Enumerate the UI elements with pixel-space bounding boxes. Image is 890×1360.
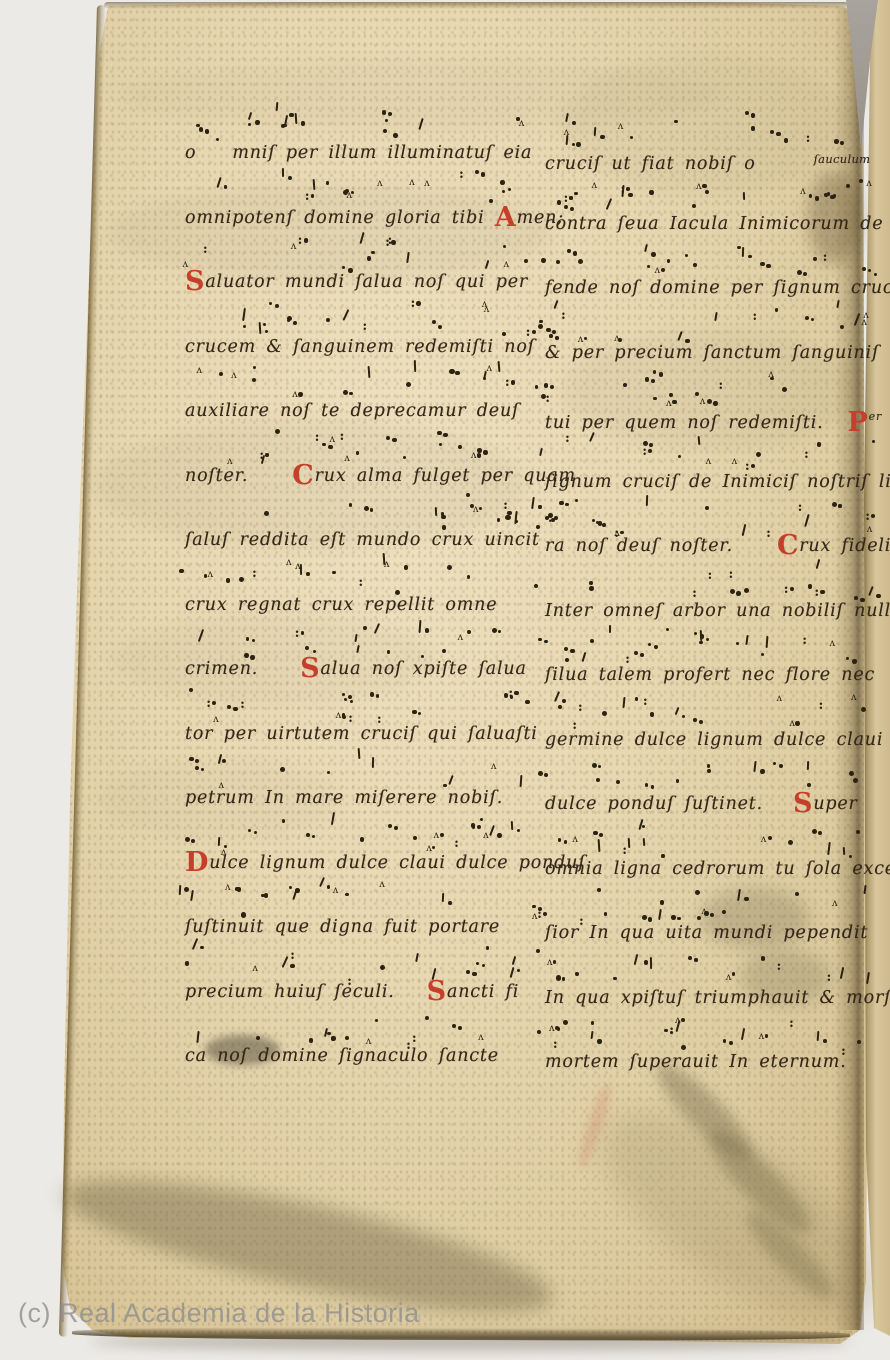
copyright-watermark: (c) Real Academia de la Historia — [18, 1298, 420, 1329]
neume-mark — [283, 124, 286, 127]
neume-mark — [736, 591, 741, 596]
neume-mark: : — [259, 451, 264, 461]
neume-mark — [489, 199, 493, 203]
neume-mark — [290, 964, 295, 969]
neume-band: ʌʌ — [177, 750, 561, 790]
chant-text: ſignum cruciſ de Inimiciſ noſtriſ libe — [545, 472, 890, 492]
neume-mark — [382, 110, 387, 115]
text-overlay: ʌomniſ per illum illuminatuſ eiaʌʌ:ʌʌ:om… — [0, 0, 890, 1360]
neume-mark: : — [718, 381, 723, 391]
neume-mark: ʌ — [473, 505, 479, 514]
neume-mark — [645, 377, 649, 381]
neume-mark — [269, 302, 272, 305]
neume-mark — [524, 259, 528, 263]
neume-mark — [765, 1034, 769, 1038]
neume-mark — [751, 113, 756, 118]
neume-mark — [199, 127, 203, 131]
text-line: noſter.Crux alma fulget per quam — [185, 465, 576, 489]
chant-text: ſior In qua uita mundi pependit — [545, 923, 868, 943]
neume-band: :ʌ::ʌ — [177, 299, 561, 339]
neume-mark: ʌ — [377, 179, 383, 188]
neume-mark — [811, 318, 814, 321]
neume-mark — [856, 830, 860, 834]
neume-mark — [574, 192, 577, 195]
neume-band: ʌʌ:ʌʌ — [177, 363, 561, 403]
neume-mark: ʌ — [867, 525, 873, 534]
neume-mark — [363, 626, 367, 630]
chant-text: dulce ponduſ ſuſtinet. — [545, 794, 763, 814]
neume-mark — [331, 812, 335, 825]
neume-mark — [688, 956, 692, 960]
neume-mark — [497, 518, 501, 522]
neume-mark — [477, 448, 482, 453]
neume-mark — [697, 916, 701, 920]
neume-mark — [650, 957, 652, 969]
text-line: ſaluſ reddita eſt mundo crux uincit — [185, 529, 540, 553]
neume-mark — [741, 1028, 745, 1041]
neume-mark — [658, 909, 662, 920]
neume-mark — [191, 839, 195, 843]
neume-mark — [319, 877, 325, 887]
neume-mark: ʌ — [618, 122, 624, 131]
neume-mark — [555, 336, 559, 340]
neume-mark — [565, 503, 568, 506]
chant-text: petrum In mare miſerere nobiſ. — [185, 788, 503, 808]
text-line: fende noſ domine per ſignum cruciſ — [545, 277, 890, 301]
neume-mark — [779, 764, 783, 768]
neume-mark — [275, 429, 280, 434]
neume-mark — [255, 120, 260, 125]
neume-mark: ʌ — [491, 762, 497, 771]
neume-mark: : — [298, 236, 303, 246]
neume-mark — [866, 971, 870, 983]
neume-mark: : — [295, 629, 300, 639]
neume-mark — [558, 705, 562, 709]
neume-mark — [343, 390, 348, 395]
chant-text: tui per quem noſ redemiſti. — [545, 413, 824, 433]
neume-mark — [288, 176, 292, 180]
neume-mark — [628, 838, 631, 848]
neume-mark — [289, 113, 293, 117]
neume-mark — [598, 521, 603, 526]
neume-mark — [359, 232, 364, 244]
neume-mark — [707, 764, 710, 767]
neume-mark: ʌ — [726, 973, 732, 982]
rubric-initial: S — [793, 788, 813, 819]
text-line: crimen.Salua noſ xpiſte ſalua — [185, 658, 527, 682]
neume-mark — [569, 196, 572, 199]
neume-mark — [383, 553, 386, 565]
text-line: omnia ligna cedrorum tu ſola excel- — [545, 858, 890, 882]
neume-mark: : — [708, 571, 713, 581]
neume-mark: : — [789, 1019, 794, 1029]
neume-mark — [609, 625, 611, 633]
chant-text: ulce lignum dulce claui dulce ponduſ — [209, 853, 585, 873]
chant-text: crux regnat crux repellit omne — [185, 595, 497, 615]
neume-mark — [226, 578, 231, 583]
neume-mark — [514, 691, 518, 695]
neume-mark: : — [240, 700, 245, 710]
neume-mark — [628, 193, 632, 197]
neume-mark — [827, 842, 831, 855]
neume-mark — [682, 715, 685, 718]
neume-mark — [406, 382, 411, 387]
neume-mark — [650, 712, 654, 716]
neume-mark — [646, 495, 648, 506]
neume-mark — [342, 266, 345, 269]
neume-mark — [178, 885, 181, 895]
neume-mark — [388, 824, 392, 828]
neume-mark — [834, 139, 839, 144]
neume-mark — [467, 575, 471, 579]
neume-mark — [248, 829, 251, 832]
neume-mark — [472, 972, 476, 976]
neume-mark — [282, 819, 285, 822]
neume-mark — [502, 190, 505, 193]
chant-text: ſaluſ reddita eſt mundo crux uincit — [185, 530, 540, 550]
neume-mark — [301, 121, 305, 125]
chant-text: germine dulce lignum dulce claui — [545, 730, 883, 750]
neume-mark — [508, 188, 512, 192]
neume-mark — [265, 330, 268, 333]
neume-mark — [659, 372, 663, 376]
neume-mark — [820, 590, 824, 594]
chant-text: auxiliare noſ te deprecamur deuſ — [185, 401, 519, 421]
neume-mark — [485, 260, 490, 270]
neume-mark — [438, 325, 442, 329]
rubric-initial: S — [185, 266, 205, 297]
neume-mark: ʌ — [197, 366, 203, 375]
chant-text: tor per uirtutem cruciſ qui ſaluaſti — [185, 724, 538, 744]
neume-mark — [809, 194, 812, 197]
chant-text: ancti fi — [447, 982, 519, 1002]
neume-mark — [616, 780, 620, 784]
neume-mark — [666, 628, 670, 632]
neume-mark — [376, 694, 380, 698]
neume-mark: : — [412, 1034, 417, 1044]
neume-mark — [263, 323, 266, 326]
neume-mark — [500, 180, 505, 185]
neume-mark — [254, 831, 258, 835]
neume-mark: : — [358, 578, 363, 588]
neume-mark: : — [503, 501, 508, 511]
neume-mark — [874, 273, 878, 277]
neume-mark — [563, 1020, 568, 1025]
neume-mark — [295, 113, 298, 124]
neume-mark — [707, 769, 711, 773]
neume-mark: ʌ — [344, 454, 350, 463]
neume-mark — [442, 893, 444, 902]
neume-mark — [575, 499, 579, 503]
text-line: dulce ponduſ ſuſtinet.Super — [545, 793, 858, 817]
neume-mark — [393, 133, 398, 138]
neume-mark — [805, 514, 810, 527]
neume-mark: ʌ — [292, 390, 298, 399]
neume-mark — [645, 783, 649, 787]
neume-mark: : — [565, 434, 570, 444]
neume-mark: ʌ — [572, 835, 578, 844]
neume-mark: ʌ — [336, 711, 342, 720]
neume-mark — [418, 118, 423, 130]
neume-mark: ʌ — [434, 831, 440, 840]
neume-mark: ʌ — [503, 260, 509, 269]
neume-mark — [559, 501, 564, 506]
chant-text: contra ſeua Iacula Inimicorum de — [545, 214, 883, 234]
neume-mark — [383, 129, 387, 133]
neume-mark — [287, 316, 292, 321]
neume-mark: : — [290, 951, 295, 961]
neume-mark — [253, 366, 256, 369]
neume-mark — [593, 831, 598, 836]
neume-mark — [760, 262, 764, 266]
neume-mark — [651, 785, 655, 789]
neume-mark — [551, 518, 555, 522]
neume-mark — [520, 775, 523, 787]
neume-mark: : — [315, 433, 320, 443]
neume-mark — [246, 637, 250, 641]
neume-mark — [447, 565, 452, 570]
neume-mark: : — [642, 447, 647, 457]
neume-mark — [552, 330, 556, 334]
neume-band: ʌ::ʌ:ʌ: — [537, 692, 890, 732]
chant-text: precium huiuſ ſeculi. — [185, 982, 395, 1002]
neume-mark — [840, 325, 844, 329]
neume-mark — [597, 1039, 601, 1043]
neume-band: :ʌʌ:ʌʌ — [537, 305, 890, 345]
neume-mark — [222, 759, 226, 763]
neume-mark — [224, 185, 228, 189]
neume-mark — [532, 905, 536, 909]
neume-mark — [301, 631, 305, 635]
neume-mark — [219, 372, 223, 376]
neume-mark — [674, 120, 678, 124]
neume-mark — [795, 892, 800, 897]
neume-mark — [532, 330, 536, 334]
neume-mark — [280, 767, 285, 772]
neume-mark — [371, 251, 375, 255]
neume-mark — [404, 565, 409, 570]
neume-band: :ʌ:ʌ — [537, 950, 890, 990]
neume-mark — [766, 636, 769, 648]
neume-mark: : — [578, 703, 583, 713]
neume-band: ʌʌ:ʌ::: — [177, 234, 561, 274]
neume-mark — [239, 577, 244, 582]
neume-mark — [572, 121, 576, 125]
neume-mark: : — [339, 432, 344, 442]
chant-text: alua noſ xpiſte ſalua — [320, 659, 526, 679]
neume-mark — [654, 645, 658, 649]
neume-mark — [212, 701, 216, 705]
neume-mark — [452, 1024, 456, 1028]
chant-text: ra noſ deuſ noſter. — [545, 536, 733, 556]
neume-mark — [497, 833, 502, 838]
chant-text: aluator mundi ſalua noſ qui per — [205, 272, 528, 292]
neume-mark: ʌ — [330, 435, 336, 444]
chant-text: In qua xpiſtuſ triumphauit & morſ — [545, 988, 890, 1008]
neume-mark: : — [203, 245, 208, 255]
neume-mark — [768, 836, 772, 840]
neume-mark — [265, 453, 268, 456]
text-line: crux regnat crux repellit omne — [185, 594, 497, 618]
neume-mark: ʌ — [252, 964, 258, 973]
neume-mark — [732, 972, 735, 975]
chant-text: crucem & ſanguinem redemiſti noſ — [185, 337, 535, 357]
neume-mark — [775, 308, 779, 312]
neume-mark — [589, 581, 593, 585]
neume-mark: : — [454, 839, 459, 849]
neume-mark — [846, 657, 849, 660]
neume-mark — [482, 964, 485, 967]
neume-mark — [276, 101, 279, 110]
neume-mark — [620, 531, 624, 535]
neume-mark — [252, 378, 257, 383]
neume-mark — [868, 269, 871, 272]
neume-mark — [343, 309, 350, 320]
neume-mark — [442, 649, 447, 654]
neume-mark — [707, 399, 712, 404]
neume-mark — [597, 888, 601, 892]
neume-mark: ʌ — [866, 179, 872, 188]
neume-mark — [600, 135, 605, 140]
neume-mark — [525, 700, 530, 705]
neume-mark — [448, 901, 452, 905]
neume-mark — [370, 508, 374, 512]
neume-mark — [572, 143, 575, 146]
neume-band: :ʌ::ʌ:: — [177, 686, 561, 726]
neume-mark — [443, 433, 448, 438]
neume-mark — [282, 168, 284, 177]
neume-mark: ʌ — [225, 883, 231, 892]
neume-mark — [766, 264, 770, 268]
neume-mark — [651, 252, 656, 257]
neume-mark — [788, 840, 793, 845]
neume-mark — [736, 642, 740, 646]
neume-mark: : — [459, 170, 464, 180]
neume-mark — [651, 379, 655, 383]
neume-mark — [418, 712, 421, 715]
neume-mark — [248, 112, 252, 121]
chant-text: er — [869, 410, 882, 423]
neume-mark — [623, 697, 626, 708]
neume-mark — [692, 204, 696, 208]
neume-mark — [477, 825, 481, 829]
neume-mark — [414, 360, 416, 372]
neume-mark — [815, 196, 819, 200]
neume-mark — [380, 965, 385, 970]
neume-mark — [345, 1036, 349, 1040]
text-line: auxiliare noſ te deprecamur deuſ — [185, 400, 519, 424]
neume-mark — [233, 707, 238, 712]
neume-mark: : — [505, 378, 510, 388]
neume-mark — [458, 1026, 462, 1030]
neume-mark — [440, 833, 444, 837]
neume-mark — [876, 594, 880, 598]
neume-mark — [200, 946, 204, 950]
neume-mark — [846, 184, 850, 188]
neume-mark — [306, 572, 310, 576]
neume-mark — [591, 1031, 594, 1040]
neume-mark — [661, 268, 665, 272]
neume-mark — [216, 177, 221, 188]
neume-mark — [676, 779, 680, 783]
neume-mark: ʌ — [547, 958, 553, 967]
neume-mark — [854, 313, 861, 326]
neume-mark: : — [692, 589, 697, 599]
text-line: ca noſ domine ſignaculo ſancte — [185, 1045, 499, 1069]
neume-mark: ʌ — [655, 266, 661, 275]
neume-mark — [744, 588, 749, 593]
neume-mark — [570, 207, 574, 211]
neume-mark: ʌ — [519, 119, 525, 128]
neume-mark — [256, 1036, 260, 1040]
neume-mark — [836, 300, 839, 309]
neume-mark — [790, 587, 794, 591]
neume-mark — [252, 639, 256, 643]
neume-mark — [556, 975, 561, 980]
neume-mark — [556, 260, 560, 264]
text-line: In qua xpiſtuſ triumphauit & morſ — [545, 987, 890, 1011]
neume-mark — [386, 436, 390, 440]
neume-band: ::::: — [537, 563, 890, 603]
neume-mark — [840, 141, 844, 145]
neume-mark: : — [362, 322, 367, 332]
neume-mark — [817, 442, 822, 447]
neume-mark — [466, 970, 470, 974]
neume-mark: ʌ — [701, 907, 707, 916]
neume-mark — [743, 192, 745, 200]
neume-mark — [480, 818, 483, 821]
neume-mark — [694, 632, 697, 635]
neume-mark: ʌ — [333, 886, 339, 895]
neume-mark — [594, 127, 597, 136]
neume-mark — [237, 887, 242, 892]
neume-mark: ʌ — [549, 1024, 555, 1033]
neume-mark — [817, 1031, 820, 1041]
neume-mark — [705, 506, 709, 510]
neume-mark — [699, 641, 702, 644]
neume-mark — [309, 1038, 313, 1042]
neume-mark — [553, 960, 556, 963]
neume-mark — [575, 972, 579, 976]
neume-mark — [861, 707, 866, 712]
neume-mark — [498, 361, 501, 372]
neume-mark: ʌ — [564, 128, 570, 137]
neume-mark — [375, 1019, 378, 1022]
neume-band: ʌʌ: — [537, 885, 890, 925]
text-line: petrum In mare miſerere nobiſ. — [185, 787, 503, 811]
neume-mark: : — [206, 699, 211, 709]
neume-mark: ʌ — [424, 179, 430, 188]
neume-mark — [589, 586, 594, 591]
chant-text: ſilua talem profert nec flore nec — [545, 665, 875, 685]
neume-mark — [342, 713, 346, 717]
neume-mark — [859, 179, 863, 183]
neume-mark — [425, 628, 429, 632]
neume-mark — [374, 623, 380, 634]
neume-mark — [730, 589, 735, 594]
neume-mark — [773, 762, 776, 765]
text-line: germine dulce lignum dulce claui — [545, 729, 883, 753]
chant-text: noſter. — [185, 466, 248, 486]
neume-mark — [242, 308, 246, 321]
neume-mark: : — [728, 570, 733, 580]
neume-mark: : — [553, 1040, 558, 1050]
neume-mark: : — [819, 701, 824, 711]
neume-mark — [511, 956, 516, 965]
text-line: tor per uirtutem cruciſ qui ſaluaſti — [185, 723, 538, 747]
neume-mark — [356, 645, 360, 653]
neume-mark — [602, 523, 606, 527]
